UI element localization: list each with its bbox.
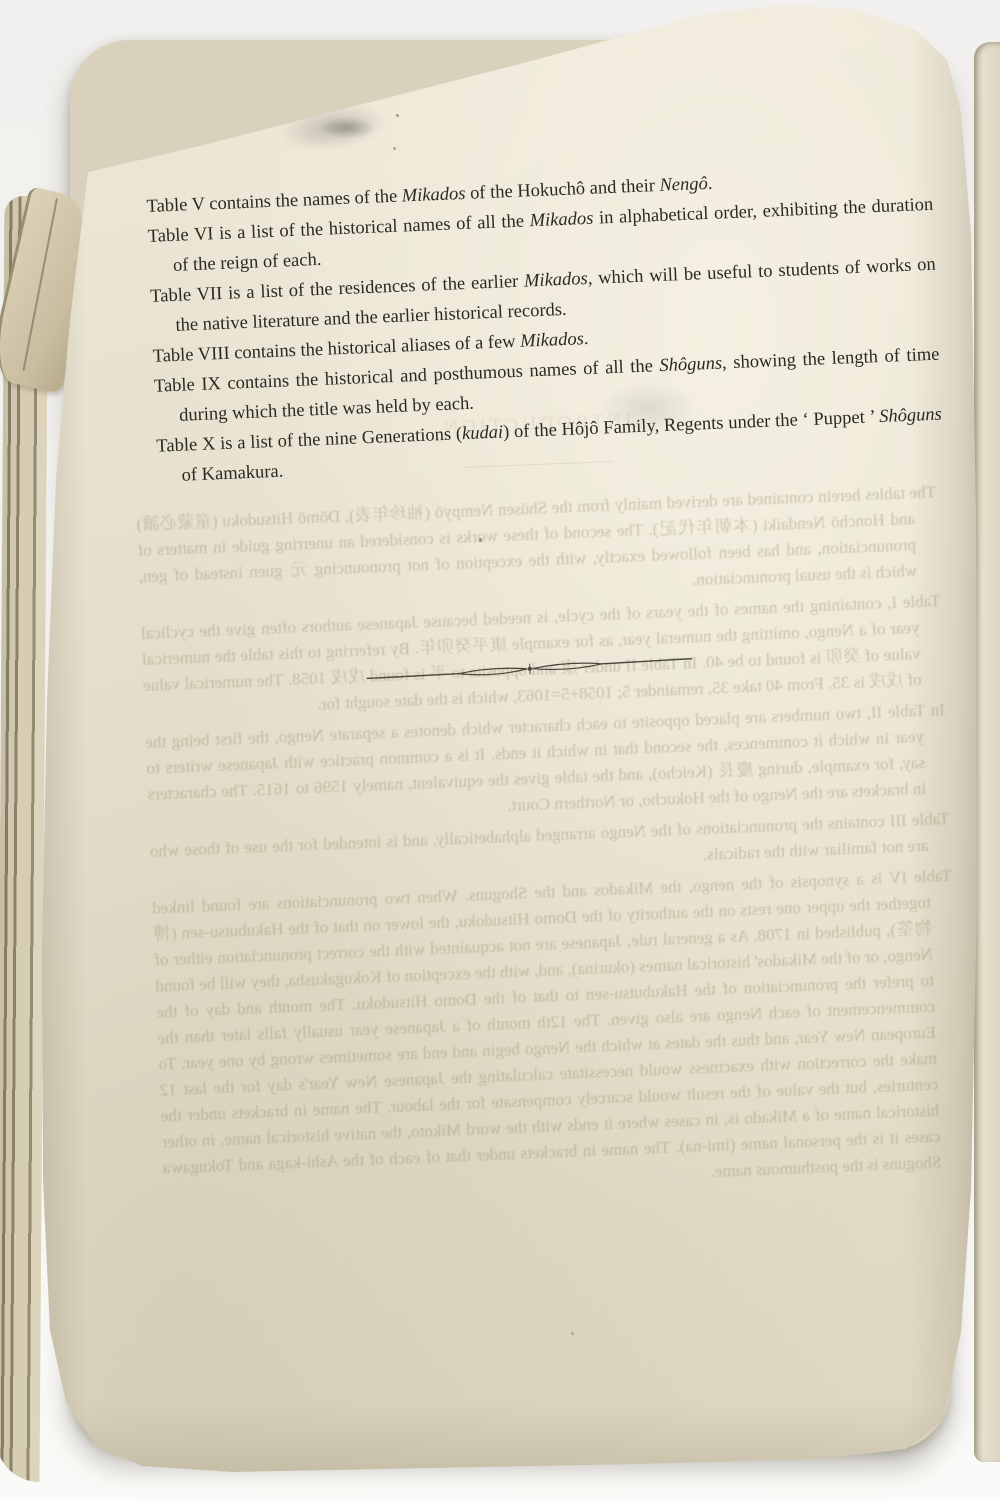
bleedthrough-text: The tables herein contained are derived … <box>136 479 964 1207</box>
fox-speck <box>393 147 396 150</box>
fox-speck <box>571 1332 574 1335</box>
bleedthrough-block: The tables herein contained are derived … <box>136 479 964 1212</box>
adjacent-page-edge <box>974 42 1000 1462</box>
page-shading-bottom <box>0 1402 1000 1482</box>
page-sheet: INTRODUCTION The tables herein contained… <box>0 0 1000 1500</box>
book-photo: INTRODUCTION The tables herein contained… <box>0 0 1000 1500</box>
fox-speck <box>396 114 399 117</box>
recto-text-block: Table V contains the names of the Mikado… <box>146 160 944 492</box>
bleedthrough-paragraph: Table IV is a synopsis of the nengo, the… <box>152 863 964 1208</box>
